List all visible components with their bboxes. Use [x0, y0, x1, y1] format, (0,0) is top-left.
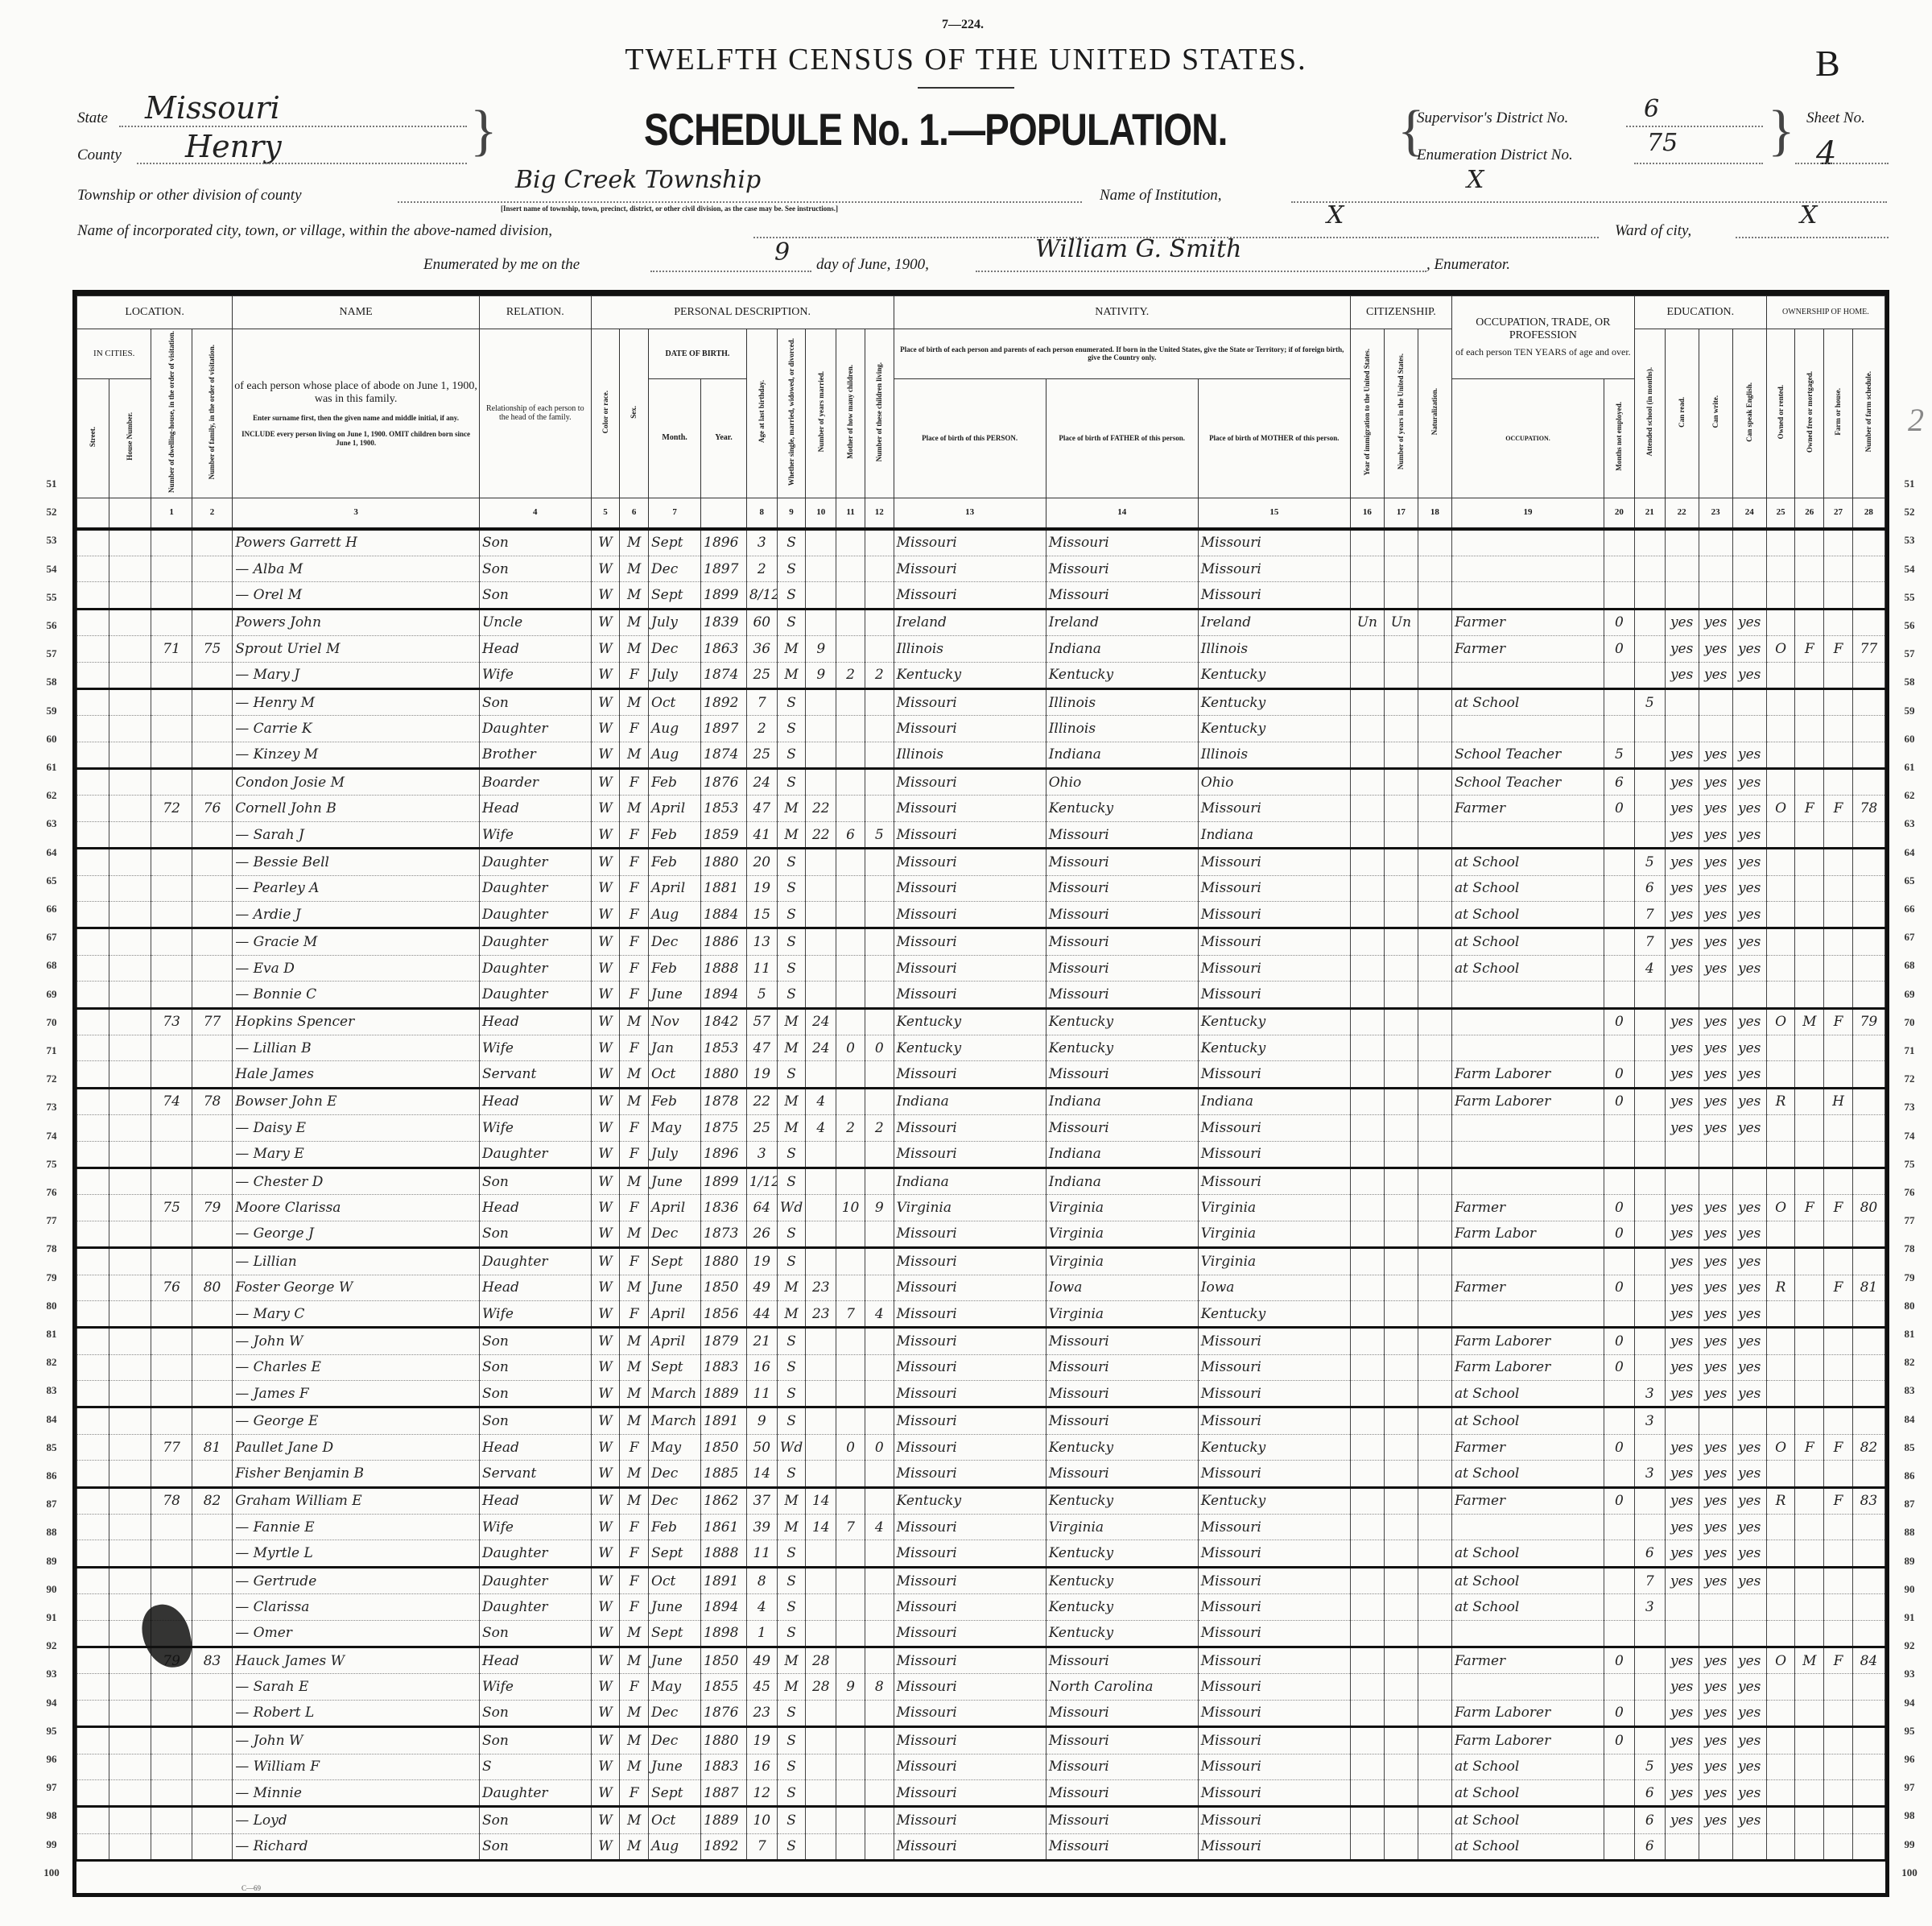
- cell-mar: S: [777, 1540, 806, 1567]
- cell-free: [1795, 955, 1824, 981]
- cell-occ: [1451, 1141, 1604, 1168]
- township-label: Township or other division of county: [77, 187, 302, 205]
- cell-sch: 7: [1634, 902, 1665, 928]
- cell-year: 1842: [701, 1008, 747, 1035]
- cell-eng: yes: [1732, 1061, 1766, 1088]
- cell-year: 1889: [701, 1807, 747, 1833]
- cell-occ: Farm Laborer: [1451, 1727, 1604, 1754]
- cell-moth: [836, 1461, 865, 1487]
- cell-name: Fisher Benjamin B: [233, 1461, 480, 1487]
- cell-sched: [1852, 688, 1885, 715]
- cell-moth: [836, 1754, 865, 1779]
- cell-occ: at School: [1451, 1567, 1604, 1593]
- cell-month: Dec: [649, 928, 701, 955]
- cell-own: [1766, 1540, 1795, 1567]
- cell-nat: [1418, 875, 1451, 901]
- cell-imm: [1350, 556, 1384, 581]
- cell-mar: S: [777, 742, 806, 768]
- cell-read: yes: [1665, 1461, 1699, 1487]
- cell-eng: [1732, 582, 1766, 609]
- cell-ym: [806, 1727, 836, 1754]
- cell-bm: Missouri: [1198, 1620, 1350, 1647]
- cell-bm: Missouri: [1198, 582, 1350, 609]
- cell-free: [1795, 1115, 1824, 1141]
- cell-fam: [192, 1168, 232, 1194]
- cell-mar: S: [777, 1620, 806, 1647]
- cell-rel: Daughter: [479, 982, 591, 1008]
- cell-read: [1665, 556, 1699, 581]
- cell-liv: [865, 849, 894, 875]
- cell-bp: Missouri: [894, 1807, 1046, 1833]
- line-number: 55: [1893, 591, 1926, 604]
- cell-color: W: [591, 662, 620, 688]
- cell-farm: [1824, 1381, 1853, 1407]
- cell-moth: 7: [836, 1300, 865, 1327]
- cell-unemp: [1604, 1141, 1635, 1168]
- line-number: 68: [1893, 959, 1926, 972]
- cell-write: yes: [1699, 875, 1732, 901]
- cell-own: [1766, 1300, 1795, 1327]
- cell-bp: Virginia: [894, 1195, 1046, 1221]
- cell-bf: Virginia: [1046, 1300, 1198, 1327]
- cell-yus: [1384, 1807, 1418, 1833]
- cell-name: — Omer: [233, 1620, 480, 1647]
- cell-imm: [1350, 1674, 1384, 1700]
- cell-color: W: [591, 1461, 620, 1487]
- cell-sch: [1634, 821, 1665, 848]
- cell-year: 1892: [701, 1833, 747, 1860]
- cell-mar: S: [777, 1461, 806, 1487]
- cell-moth: [836, 1620, 865, 1647]
- column-number: 12: [865, 498, 894, 529]
- cell-occ: [1451, 1115, 1604, 1141]
- cell-house: [109, 1115, 151, 1141]
- cell-house: [109, 688, 151, 715]
- cell-own: [1766, 1779, 1795, 1806]
- cell-ym: [806, 688, 836, 715]
- cell-age: 25: [746, 662, 777, 688]
- cell-sex: F: [620, 1141, 649, 1168]
- cell-unemp: [1604, 582, 1635, 609]
- cell-nat: [1418, 902, 1451, 928]
- cell-bm: Missouri: [1198, 1754, 1350, 1779]
- cell-rel: Daughter: [479, 1594, 591, 1620]
- cell-ym: [806, 1168, 836, 1194]
- cell-write: yes: [1699, 1300, 1732, 1327]
- cell-free: F: [1795, 1195, 1824, 1221]
- cell-house: [109, 1195, 151, 1221]
- cell-street: [77, 1540, 109, 1567]
- cell-read: [1665, 1141, 1699, 1168]
- cell-bp: Illinois: [894, 636, 1046, 662]
- cell-year: 1861: [701, 1515, 747, 1540]
- cell-street: [77, 1515, 109, 1540]
- cell-year: 1886: [701, 928, 747, 955]
- cell-occ: [1451, 1515, 1604, 1540]
- cell-moth: [836, 582, 865, 609]
- cell-dw: [151, 1461, 192, 1487]
- cell-occ: [1451, 1035, 1604, 1061]
- cell-fam: [192, 688, 232, 715]
- cell-bf: Indiana: [1046, 636, 1198, 662]
- cell-month: Feb: [649, 1515, 701, 1540]
- group-name: NAME: [233, 296, 480, 329]
- cell-own: [1766, 1674, 1795, 1700]
- cell-age: 25: [746, 742, 777, 768]
- cell-month: April: [649, 875, 701, 901]
- cell-ym: 24: [806, 1008, 836, 1035]
- cell-age: 23: [746, 1700, 777, 1726]
- cell-read: yes: [1665, 1195, 1699, 1221]
- cell-month: Sept: [649, 1620, 701, 1647]
- cell-eng: yes: [1732, 742, 1766, 768]
- table-row: — Lillian BWifeWFJan185347M2400KentuckyK…: [77, 1035, 1885, 1061]
- cell-unemp: 0: [1604, 1487, 1635, 1514]
- cell-year: 1880: [701, 1248, 747, 1275]
- cell-read: [1665, 1833, 1699, 1860]
- cell-rel: Boarder: [479, 769, 591, 796]
- cell-nat: [1418, 1700, 1451, 1726]
- cell-nat: [1418, 928, 1451, 955]
- table-row: — Alba MSonWMDec18972SMissouriMissouriMi…: [77, 556, 1885, 581]
- cell-yus: [1384, 1833, 1418, 1860]
- cell-sched: [1852, 1248, 1885, 1275]
- cell-month: April: [649, 796, 701, 821]
- cell-yus: [1384, 1700, 1418, 1726]
- cell-rel: Son: [479, 529, 591, 556]
- cell-unemp: 0: [1604, 609, 1635, 635]
- line-number: 97: [35, 1781, 68, 1794]
- cell-eng: [1732, 1594, 1766, 1620]
- cell-free: [1795, 1354, 1824, 1380]
- cell-color: W: [591, 1221, 620, 1247]
- cell-fam: 77: [192, 1008, 232, 1035]
- cell-imm: [1350, 1461, 1384, 1487]
- cell-imm: [1350, 1700, 1384, 1726]
- cell-ym: [806, 1407, 836, 1434]
- table-row: 7377Hopkins SpencerHeadWMNov184257M24Ken…: [77, 1008, 1885, 1035]
- cell-ym: [806, 1754, 836, 1779]
- cell-liv: 0: [865, 1434, 894, 1460]
- cell-dw: 73: [151, 1008, 192, 1035]
- cell-mar: M: [777, 1115, 806, 1141]
- cell-farm: [1824, 1674, 1853, 1700]
- cell-farm: [1824, 1115, 1853, 1141]
- column-number: 4: [479, 498, 591, 529]
- cell-nat: [1418, 849, 1451, 875]
- cell-ym: 4: [806, 1088, 836, 1114]
- cell-write: yes: [1699, 849, 1732, 875]
- cell-yus: [1384, 902, 1418, 928]
- cell-month: April: [649, 1195, 701, 1221]
- cell-year: 1883: [701, 1354, 747, 1380]
- cell-color: W: [591, 1141, 620, 1168]
- group-ownership: OWNERSHIP OF HOME.: [1766, 296, 1885, 329]
- line-number: 100: [35, 1866, 68, 1879]
- column-number: 13: [894, 498, 1046, 529]
- in-cities-heading: IN CITIES.: [77, 329, 151, 379]
- column-number: 20: [1604, 498, 1635, 529]
- group-occupation: OCCUPATION, TRADE, OR PROFESSION of each…: [1451, 296, 1634, 379]
- line-number: 88: [1893, 1526, 1926, 1539]
- cell-liv: 2: [865, 662, 894, 688]
- cell-fam: [192, 1035, 232, 1061]
- cell-fam: [192, 609, 232, 635]
- cell-read: [1665, 1407, 1699, 1434]
- cell-ym: [806, 1833, 836, 1860]
- cell-street: [77, 1141, 109, 1168]
- cell-own: O: [1766, 796, 1795, 821]
- cell-bp: Ireland: [894, 609, 1046, 635]
- cell-name: — James F: [233, 1381, 480, 1407]
- cell-month: Dec: [649, 556, 701, 581]
- cell-month: Aug: [649, 1833, 701, 1860]
- cell-moth: [836, 1168, 865, 1194]
- cell-dw: [151, 1515, 192, 1540]
- county-value: Henry: [185, 129, 282, 164]
- cell-yus: [1384, 1354, 1418, 1380]
- cell-color: W: [591, 716, 620, 742]
- cell-liv: [865, 902, 894, 928]
- cell-street: [77, 636, 109, 662]
- institution-label: Name of Institution,: [1100, 187, 1221, 205]
- cell-farm: [1824, 1807, 1853, 1833]
- table-row: — Orel MSonWMSept18998/12SMissouriMissou…: [77, 582, 1885, 609]
- cell-fam: 83: [192, 1647, 232, 1673]
- cell-occ: at School: [1451, 1807, 1604, 1833]
- line-number: 99: [35, 1838, 68, 1851]
- cell-age: 50: [746, 1434, 777, 1460]
- cell-bp: Missouri: [894, 1674, 1046, 1700]
- column-number: 25: [1766, 498, 1795, 529]
- cell-read: yes: [1665, 1754, 1699, 1779]
- cell-sched: [1852, 1540, 1885, 1567]
- cell-month: June: [649, 1275, 701, 1300]
- column-number: 17: [1384, 498, 1418, 529]
- cell-mar: S: [777, 1407, 806, 1434]
- cell-imm: [1350, 1540, 1384, 1567]
- cell-ym: [806, 875, 836, 901]
- cell-liv: 9: [865, 1195, 894, 1221]
- cell-eng: [1732, 716, 1766, 742]
- cell-mar: S: [777, 1354, 806, 1380]
- cell-bp: Missouri: [894, 982, 1046, 1008]
- table-row: — Pearley ADaughterWFApril188119SMissour…: [77, 875, 1885, 901]
- cell-month: Feb: [649, 769, 701, 796]
- cell-bp: Missouri: [894, 1248, 1046, 1275]
- cell-unemp: 0: [1604, 636, 1635, 662]
- cell-house: [109, 1515, 151, 1540]
- cell-age: 2: [746, 556, 777, 581]
- cell-dw: [151, 582, 192, 609]
- cell-bm: Missouri: [1198, 1674, 1350, 1700]
- cell-color: W: [591, 982, 620, 1008]
- cell-rel: Head: [479, 1088, 591, 1114]
- cell-free: [1795, 875, 1824, 901]
- cell-bm: Missouri: [1198, 1115, 1350, 1141]
- cell-house: [109, 1248, 151, 1275]
- cell-moth: [836, 982, 865, 1008]
- cell-street: [77, 1088, 109, 1114]
- cell-year: 1839: [701, 609, 747, 635]
- cell-bm: Missouri: [1198, 1567, 1350, 1593]
- cell-yus: [1384, 1407, 1418, 1434]
- cell-dw: [151, 529, 192, 556]
- cell-fam: [192, 902, 232, 928]
- cell-write: [1699, 1833, 1732, 1860]
- cell-sex: F: [620, 1779, 649, 1806]
- line-number: 87: [1893, 1498, 1926, 1511]
- cell-color: W: [591, 1248, 620, 1275]
- cell-bm: Iowa: [1198, 1275, 1350, 1300]
- cell-sch: [1634, 742, 1665, 768]
- cell-nat: [1418, 1141, 1451, 1168]
- cell-farm: [1824, 1754, 1853, 1779]
- cell-moth: [836, 769, 865, 796]
- population-table: LOCATION. NAME RELATION. PERSONAL DESCRI…: [76, 296, 1885, 1862]
- cell-occ: Farm Laborer: [1451, 1354, 1604, 1380]
- cell-free: [1795, 1461, 1824, 1487]
- cell-occ: Farm Laborer: [1451, 1061, 1604, 1088]
- cell-dw: [151, 1141, 192, 1168]
- cell-fam: [192, 821, 232, 848]
- cell-rel: Daughter: [479, 716, 591, 742]
- cell-farm: [1824, 556, 1853, 581]
- cell-color: W: [591, 1035, 620, 1061]
- cell-house: [109, 1061, 151, 1088]
- line-number: 86: [35, 1469, 68, 1482]
- cell-imm: [1350, 1807, 1384, 1833]
- line-number: 81: [1893, 1328, 1926, 1341]
- cell-bp: Missouri: [894, 1354, 1046, 1380]
- cell-own: [1766, 742, 1795, 768]
- cell-write: yes: [1699, 1008, 1732, 1035]
- cell-house: [109, 1754, 151, 1779]
- cell-rel: Wife: [479, 821, 591, 848]
- line-number: 78: [1893, 1242, 1926, 1255]
- cell-ym: [806, 1540, 836, 1567]
- table-row: — James FSonWMMarch188911SMissouriMissou…: [77, 1381, 1885, 1407]
- cell-dw: [151, 1700, 192, 1726]
- cell-house: [109, 1275, 151, 1300]
- line-number: 64: [1893, 846, 1926, 859]
- cell-rel: Son: [479, 1381, 591, 1407]
- cell-bf: Missouri: [1046, 1354, 1198, 1380]
- line-number: 85: [1893, 1441, 1926, 1454]
- cell-bm: Kentucky: [1198, 1008, 1350, 1035]
- cell-name: — Daisy E: [233, 1115, 480, 1141]
- cell-sched: [1852, 875, 1885, 901]
- cell-sex: F: [620, 1567, 649, 1593]
- cell-bf: Missouri: [1046, 928, 1198, 955]
- cell-nat: [1418, 1779, 1451, 1806]
- cell-sch: [1634, 1700, 1665, 1726]
- cell-sch: [1634, 636, 1665, 662]
- cell-house: [109, 875, 151, 901]
- cell-age: 36: [746, 636, 777, 662]
- cell-street: [77, 662, 109, 688]
- cell-unemp: 5: [1604, 742, 1635, 768]
- line-number: 90: [35, 1583, 68, 1596]
- cell-eng: yes: [1732, 875, 1766, 901]
- cell-ym: [806, 1061, 836, 1088]
- cell-color: W: [591, 821, 620, 848]
- cell-name: — Mary E: [233, 1141, 480, 1168]
- cell-free: [1795, 982, 1824, 1008]
- cell-sch: 4: [1634, 955, 1665, 981]
- cell-name: — Clarissa: [233, 1594, 480, 1620]
- cell-read: [1665, 982, 1699, 1008]
- cell-color: W: [591, 928, 620, 955]
- cell-bf: Missouri: [1046, 1754, 1198, 1779]
- cell-bp: Missouri: [894, 1461, 1046, 1487]
- cell-sched: [1852, 742, 1885, 768]
- cell-bp: Missouri: [894, 1141, 1046, 1168]
- cell-unemp: 0: [1604, 1275, 1635, 1300]
- cell-write: yes: [1699, 1779, 1732, 1806]
- table-row: — Fannie EWifeWFFeb186139M1474MissouriVi…: [77, 1515, 1885, 1540]
- cell-imm: [1350, 1328, 1384, 1354]
- cell-unemp: [1604, 688, 1635, 715]
- line-number: 53: [35, 534, 68, 547]
- cell-read: yes: [1665, 1727, 1699, 1754]
- cell-mar: S: [777, 529, 806, 556]
- cell-age: 19: [746, 875, 777, 901]
- cell-write: yes: [1699, 1221, 1732, 1247]
- col-owned-free: Owned free or mortgaged.: [1795, 329, 1824, 498]
- cell-color: W: [591, 1567, 620, 1593]
- cell-free: [1795, 1221, 1824, 1247]
- cell-age: 14: [746, 1461, 777, 1487]
- cell-mar: M: [777, 1300, 806, 1327]
- cell-sex: M: [620, 1354, 649, 1380]
- cell-eng: [1732, 1141, 1766, 1168]
- line-number: 79: [35, 1271, 68, 1284]
- cell-bm: Kentucky: [1198, 1035, 1350, 1061]
- cell-write: [1699, 1141, 1732, 1168]
- cell-rel: Head: [479, 1647, 591, 1673]
- cell-ym: [806, 742, 836, 768]
- cell-rel: Daughter: [479, 849, 591, 875]
- group-nativity: NATIVITY.: [894, 296, 1350, 329]
- cell-own: [1766, 1833, 1795, 1860]
- cell-house: [109, 982, 151, 1008]
- cell-eng: yes: [1732, 1779, 1766, 1806]
- cell-month: June: [649, 982, 701, 1008]
- cell-sch: [1634, 662, 1665, 688]
- cell-month: July: [649, 662, 701, 688]
- cell-dw: 74: [151, 1088, 192, 1114]
- cell-own: O: [1766, 1195, 1795, 1221]
- cell-color: W: [591, 875, 620, 901]
- cell-write: yes: [1699, 1674, 1732, 1700]
- table-row: — ClarissaDaughterWFJune18944SMissouriKe…: [77, 1594, 1885, 1620]
- cell-rel: Son: [479, 1221, 591, 1247]
- cell-yus: [1384, 1061, 1418, 1088]
- cell-ym: [806, 982, 836, 1008]
- line-number: 67: [35, 931, 68, 944]
- group-education: EDUCATION.: [1634, 296, 1766, 329]
- cell-fam: [192, 662, 232, 688]
- cell-fam: 80: [192, 1275, 232, 1300]
- cell-yus: [1384, 1620, 1418, 1647]
- cell-sched: 77: [1852, 636, 1885, 662]
- cell-unemp: [1604, 1515, 1635, 1540]
- cell-write: yes: [1699, 1461, 1732, 1487]
- col-children-living: Number of these children living.: [865, 329, 894, 498]
- cell-name: — John W: [233, 1328, 480, 1354]
- cell-occ: Farmer: [1451, 1195, 1604, 1221]
